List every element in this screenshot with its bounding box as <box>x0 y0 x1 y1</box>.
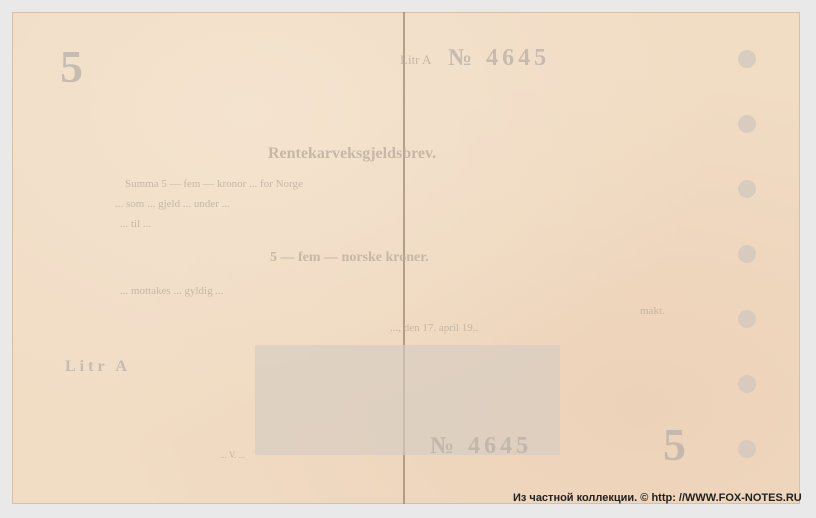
closing-line-2: makt. <box>640 305 665 317</box>
amount-line: 5 — fem — norske kroner. <box>270 250 429 266</box>
ornament-rosette <box>738 440 756 458</box>
closing-line-1: ... mottakes ... gyldig ... <box>120 285 224 297</box>
series-bottom: Litr A <box>65 358 131 376</box>
body-line-2: ... som ... gjeld ... under ... <box>115 198 230 210</box>
ornament-rosette <box>738 180 756 198</box>
ornament-rosette <box>738 115 756 133</box>
ornament-rosette <box>738 245 756 263</box>
serial-number-top: № 4645 <box>448 45 550 72</box>
collection-attribution: Из частной коллекции. © http: //WWW.FOX-… <box>513 492 802 504</box>
ornament-rosette <box>738 310 756 328</box>
denomination-top-left: 5 <box>60 40 83 93</box>
serial-number-bottom: № 4645 <box>430 433 532 460</box>
denomination-bottom-right: 5 <box>663 418 686 471</box>
heading: Rentekarveksgjeldsbrev. <box>268 145 436 163</box>
body-line-3: ... til ... <box>120 218 151 230</box>
body-line-1: Summa 5 — fem — kronor ... for Norge <box>125 178 303 190</box>
ornament-rosette <box>738 50 756 68</box>
series-top: Litr A <box>400 52 431 68</box>
date-line: ..., den 17. april 19.. <box>390 322 478 334</box>
signature-line: ... V. ... <box>220 450 245 460</box>
ornament-rosette <box>738 375 756 393</box>
